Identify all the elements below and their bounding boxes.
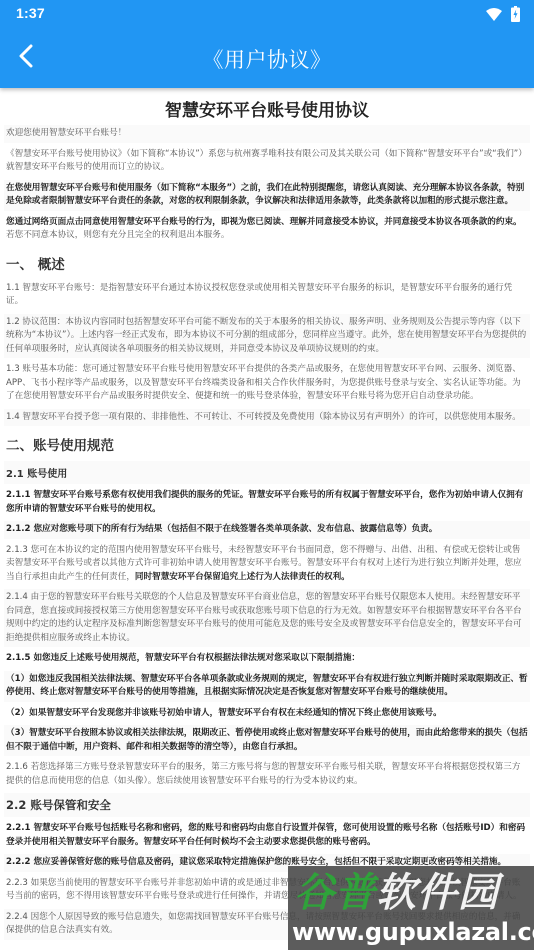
clause-paragraph-bold: 2.1.2 您应对您账号项下的所有行为结果（包括但不限于在线签署各类单项条款、发…: [4, 521, 530, 539]
battery-charging-icon: [511, 6, 520, 22]
section-heading: 一、 概述: [4, 249, 530, 277]
clause-paragraph-bold: （3）智慧安环平台按照本协议或相关法律法规，限期改正、暂停使用或终止您对智慧安环…: [4, 725, 530, 756]
document-body: 欢迎您使用智慧安环平台账号！《智慧安环平台账号使用协议》（如下简称“本协议”）系…: [4, 125, 530, 940]
toolbar: 《用户协议》: [0, 28, 534, 88]
status-time: 1:37: [16, 5, 45, 21]
status-icons: [486, 6, 520, 22]
watermark-overlay: 谷普软件园 www.gupuxlazal.com: [288, 866, 534, 950]
wifi-icon: [486, 8, 502, 21]
clause-paragraph-bold: 2.1.5 如您违反上述账号使用规范，智慧安环平台有权根据法律法规对您采取以下限…: [4, 650, 530, 668]
document-title: 智慧安环平台账号使用协议: [4, 90, 530, 122]
clause-paragraph: 您通过网络页面点击同意使用智慧安环平台账号的行为，即视为您已阅读、理解并同意接受…: [4, 214, 530, 245]
clause-paragraph: 2.1.3 您可在本协议约定的范围内使用智慧安环平台账号，未经智慧安环平台书面同…: [4, 542, 530, 587]
watermark-logo: 谷普软件园: [294, 870, 499, 916]
clause-paragraph: 2.1.4 由于您的智慧安环平台账号关联您的个人信息及智慧安环平台商业信息，您的…: [4, 589, 530, 647]
clause-paragraph: 《智慧安环平台账号使用协议》（如下简称“本协议”）系您与杭州赛孚唯科技有限公司及…: [4, 146, 530, 177]
subsection-heading: 2.1 账号使用: [4, 461, 530, 484]
status-bar: 1:37: [0, 0, 534, 28]
clause-paragraph-bold: （2）如果智慧安环平台发现您并非该账号初始申请人，智慧安环平台有权在未经通知的情…: [4, 705, 530, 723]
clause-paragraph: 2.1.6 若您选择第三方账号登录智慧安环平台的服务，第三方账号将与您的智慧安环…: [4, 759, 530, 790]
clause-paragraph: 1.3 账号基本功能：您可通过智慧安环平台账号使用智慧安环平台提供的各类产品或服…: [4, 361, 530, 406]
clause-paragraph-bold: 2.1.1 智慧安环平台账号系您有权使用我们提供的服务的凭证。智慧安环平台账号的…: [4, 487, 530, 518]
agreement-content[interactable]: 智慧安环平台账号使用协议 欢迎您使用智慧安环平台账号！《智慧安环平台账号使用协议…: [0, 88, 534, 950]
clause-paragraph: 1.2 协议范围：本协议内容同时包括智慧安环平台可能不断发布的关于本服务的相关协…: [4, 314, 530, 359]
clause-paragraph-bold: （1）如您违反我国相关法律法规、智慧安环平台各单项条款或业务规则的规定，智慧安环…: [4, 671, 530, 702]
clause-paragraph: 1.1 智慧安环平台账号：是指智慧安环平台通过本协议授权您登录或使用相关智慧安环…: [4, 280, 530, 311]
clause-paragraph: 欢迎您使用智慧安环平台账号！: [4, 125, 530, 143]
bold-text: 同时智慧安环平台保留追究上述行为人法律责任的权利。: [135, 572, 350, 582]
normal-text: 若您不同意本协议，则您有充分且完全的权利退出本服务。: [6, 230, 229, 240]
watermark-url: www.gupuxlazal.com: [292, 918, 534, 946]
bold-text: 您通过网络页面点击同意使用智慧安环平台账号的行为，即视为您已阅读、理解并同意接受…: [6, 217, 522, 227]
section-heading: 二、账号使用规范: [4, 430, 530, 458]
page-title: 《用户协议》: [0, 44, 534, 74]
clause-paragraph: 1.4 智慧安环平台授予您一项有限的、非排他性、不可转让、不可转授及免费使用（除…: [4, 409, 530, 427]
subsection-heading: 2.2 账号保管和安全: [4, 793, 530, 817]
clause-paragraph-bold: 2.2.1 智慧安环平台账号包括账号名称和密码，您的账号和密码均由您自行设置并保…: [4, 820, 530, 851]
app-bar: 1:37 《用户协议》: [0, 0, 534, 88]
clause-paragraph-bold: 在您使用智慧安环平台账号和使用服务（如下简称“本服务”）之前，我们在此特别提醒您…: [4, 180, 530, 211]
